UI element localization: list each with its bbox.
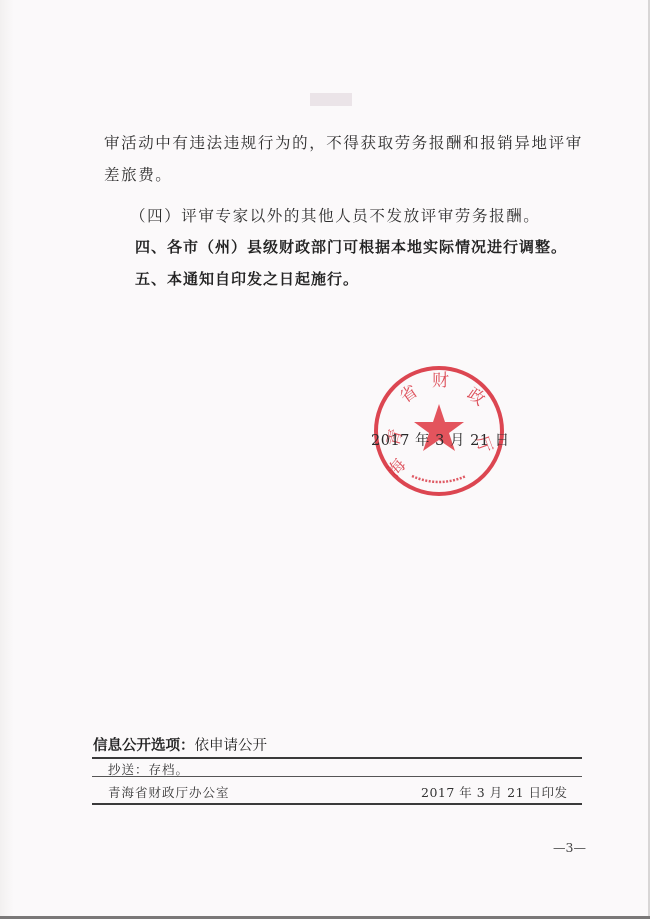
scan-smudge bbox=[310, 93, 352, 106]
issue-date: 2017 年 3 月 21 日印发 bbox=[421, 783, 568, 801]
seal-char: 海 bbox=[384, 455, 410, 481]
signature-date: 2017 年 3 月 21 日 bbox=[371, 429, 510, 450]
page-number: —3— bbox=[553, 840, 586, 855]
footer-rule-bottom bbox=[92, 803, 582, 805]
footer-rule-top bbox=[92, 757, 582, 759]
disclosure-value: 依申请公开 bbox=[195, 738, 268, 754]
clause-four: （四）评审专家以外的其他人员不发放评审劳务报酬。 bbox=[130, 204, 540, 226]
seal-char: 省 bbox=[396, 381, 421, 407]
disclosure-option: 信息公开选项：依申请公开 bbox=[93, 734, 267, 755]
disclosure-label: 信息公开选项： bbox=[93, 738, 195, 754]
body-paragraph-line: 审活动中有违法违规行为的，不得获取劳务报酬和报销异地评审 bbox=[104, 131, 583, 153]
page-edge-left bbox=[0, 0, 14, 919]
seal-char: 财 bbox=[432, 371, 449, 391]
footer-rule-middle bbox=[92, 776, 582, 777]
section-four: 四、各市（州）县级财政部门可根据本地实际情况进行调整。 bbox=[135, 236, 567, 257]
body-paragraph-line: 差旅费。 bbox=[104, 163, 172, 185]
issuing-office: 青海省财政厅办公室 bbox=[108, 783, 230, 801]
section-five: 五、本通知自印发之日起施行。 bbox=[135, 268, 359, 289]
